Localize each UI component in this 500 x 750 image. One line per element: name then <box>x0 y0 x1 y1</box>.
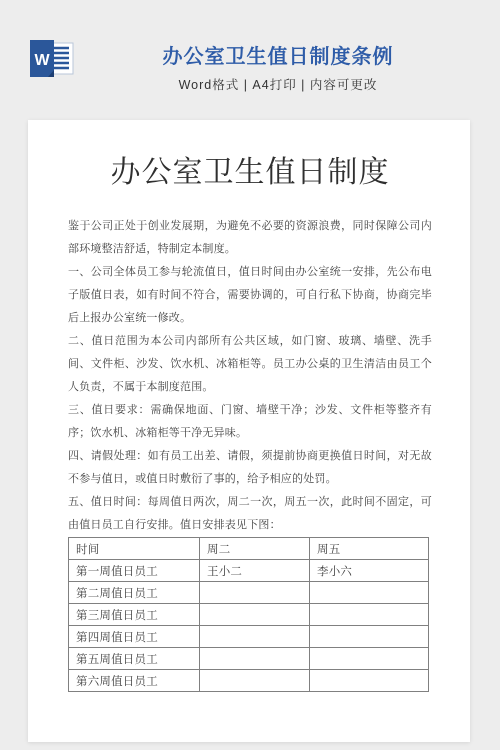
table-cell-week-label: 第五周值日员工 <box>69 648 200 670</box>
table-header-tuesday: 周二 <box>200 538 310 560</box>
header: W 办公室卫生值日制度条例 Word格式 | A4打印 | 内容可更改 <box>0 0 500 120</box>
table-row: 第二周值日员工 <box>69 582 429 604</box>
document-title: 办公室卫生值日制度 <box>68 153 432 193</box>
template-preview: W 办公室卫生值日制度条例 Word格式 | A4打印 | 内容可更改 办公室卫… <box>0 0 500 750</box>
table-header-row: 时间 周二 周五 <box>69 538 429 560</box>
table-cell-week-label: 第六周值日员工 <box>69 670 200 692</box>
table-cell-friday <box>310 648 429 670</box>
table-cell-week-label: 第三周值日员工 <box>69 604 200 626</box>
table-header-time: 时间 <box>69 538 200 560</box>
table-row: 第六周值日员工 <box>69 670 429 692</box>
document-page: 办公室卫生值日制度 鉴于公司正处于创业发展期，为避免不必要的资源浪费，同时保障公… <box>28 120 470 742</box>
table-cell-tuesday: 王小二 <box>200 560 310 582</box>
duty-schedule-table: 时间 周二 周五 第一周值日员工 王小二 李小六 第二周值日员工 第三周值日员工 <box>68 537 429 692</box>
table-cell-week-label: 第二周值日员工 <box>69 582 200 604</box>
table-cell-tuesday <box>200 626 310 648</box>
paragraph-rule-4: 四、请假处理：如有员工出差、请假，须提前协商更换值日时间，对无故不参与值日，或值… <box>68 445 432 491</box>
table-cell-week-label: 第四周值日员工 <box>69 626 200 648</box>
table-cell-friday <box>310 626 429 648</box>
paragraph-rule-1: 一、公司全体员工参与轮流值日，值日时间由办公室统一安排，先公布电子版值日表，如有… <box>68 261 432 330</box>
table-cell-tuesday <box>200 648 310 670</box>
table-cell-week-label: 第一周值日员工 <box>69 560 200 582</box>
table-cell-friday: 李小六 <box>310 560 429 582</box>
document-body: 鉴于公司正处于创业发展期，为避免不必要的资源浪费，同时保障公司内部环境整洁舒适，… <box>68 215 432 537</box>
table-row: 第四周值日员工 <box>69 626 429 648</box>
table-cell-friday <box>310 670 429 692</box>
table-row: 第三周值日员工 <box>69 604 429 626</box>
table-header-friday: 周五 <box>310 538 429 560</box>
paragraph-intro: 鉴于公司正处于创业发展期，为避免不必要的资源浪费，同时保障公司内部环境整洁舒适，… <box>68 215 432 261</box>
table-row: 第五周值日员工 <box>69 648 429 670</box>
paragraph-rule-5: 五、值日时间：每周值日两次，周二一次，周五一次，此时间不固定，可由值日员工自行安… <box>68 491 432 537</box>
table-cell-tuesday <box>200 604 310 626</box>
header-title: 办公室卫生值日制度条例 <box>56 44 500 70</box>
table-cell-tuesday <box>200 670 310 692</box>
table-row: 第一周值日员工 王小二 李小六 <box>69 560 429 582</box>
word-icon-letter: W <box>34 52 50 69</box>
header-text: 办公室卫生值日制度条例 Word格式 | A4打印 | 内容可更改 <box>56 44 500 93</box>
table-cell-friday <box>310 582 429 604</box>
paragraph-rule-2: 二、值日范围为本公司内部所有公共区域，如门窗、玻璃、墙壁、洗手间、文件柜、沙发、… <box>68 330 432 399</box>
table-cell-friday <box>310 604 429 626</box>
header-subtitle: Word格式 | A4打印 | 内容可更改 <box>56 75 500 93</box>
paragraph-rule-3: 三、值日要求：需确保地面、门窗、墙壁干净；沙发、文件柜等整齐有序；饮水机、冰箱柜… <box>68 399 432 445</box>
table-cell-tuesday <box>200 582 310 604</box>
